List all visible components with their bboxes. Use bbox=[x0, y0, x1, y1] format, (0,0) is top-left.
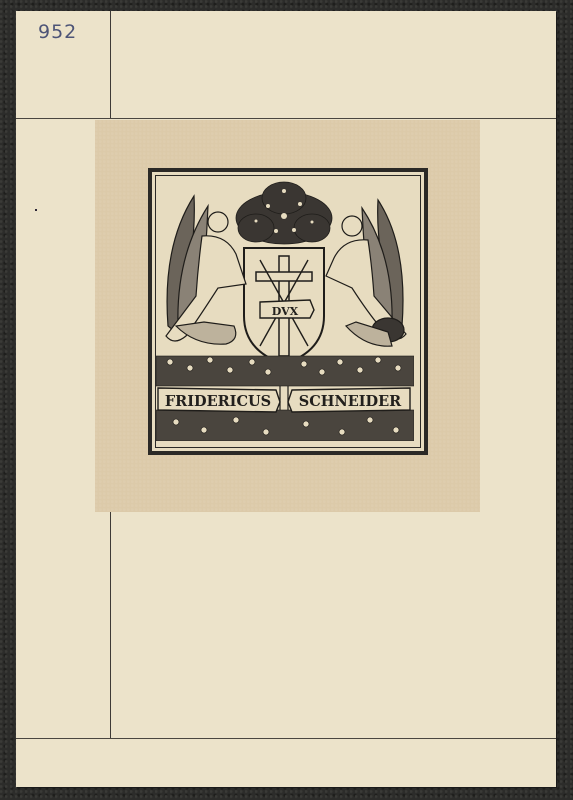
card-top-rule bbox=[16, 118, 556, 119]
catalog-number: 952 bbox=[38, 21, 77, 43]
ex-libris-woodcut: DVX bbox=[156, 176, 414, 441]
right-angel-icon bbox=[326, 200, 406, 346]
catalog-card: 952 bbox=[16, 11, 556, 787]
left-angel-icon bbox=[166, 196, 246, 344]
svg-text:DVX: DVX bbox=[272, 305, 299, 318]
owner-last-name: SCHNEIDER bbox=[299, 393, 402, 410]
card-left-column-rule-lower bbox=[110, 512, 111, 738]
paper-speck bbox=[35, 209, 37, 211]
bookplate-print-image: DVX bbox=[155, 175, 421, 448]
card-bottom-rule bbox=[16, 738, 556, 739]
bookplate-paper: DVX bbox=[95, 120, 480, 512]
card-left-column-rule-upper bbox=[110, 11, 111, 118]
owner-first-name: FRIDERICUS bbox=[165, 393, 271, 410]
bookplate-print-frame: DVX bbox=[148, 168, 428, 455]
motto-banner: DVX bbox=[260, 300, 314, 318]
tree-icon bbox=[236, 182, 332, 244]
